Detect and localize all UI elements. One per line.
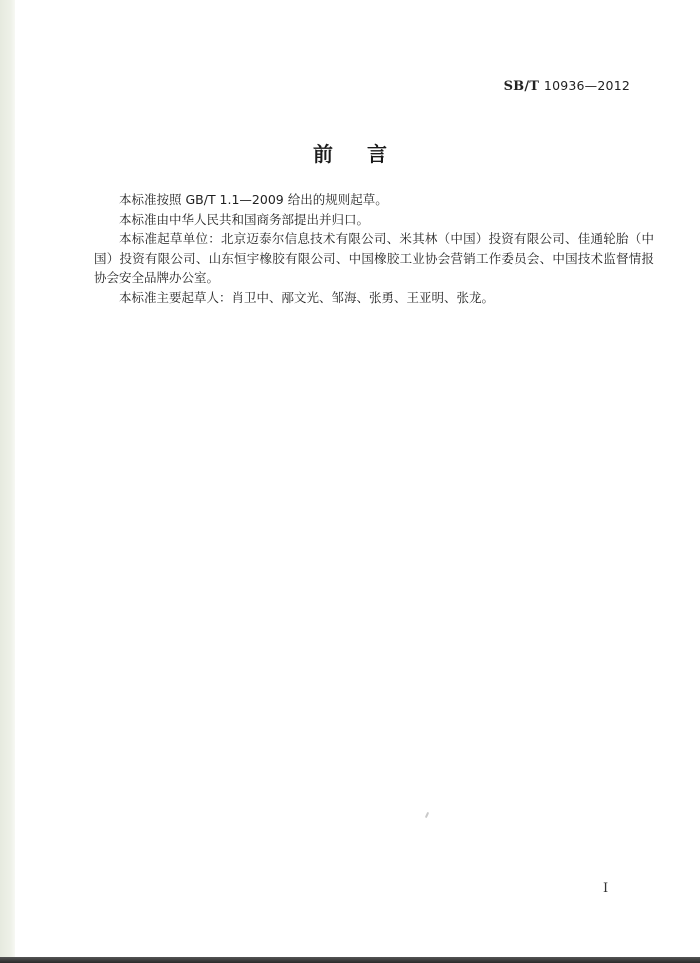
foreword-body: 本标准按照 GB/T 1.1—2009 给出的规则起草。 本标准由中华人民共和国… <box>94 190 654 307</box>
paragraph-drafters: 本标准主要起草人：肖卫中、邴文光、邹海、张勇、王亚明、张龙。 <box>94 288 654 308</box>
section-title: 前言 <box>0 138 700 167</box>
page-number: I <box>603 881 608 896</box>
paragraph-drafting-rules: 本标准按照 GB/T 1.1—2009 给出的规则起草。 <box>94 190 654 210</box>
standard-code: SB/T 10936—2012 <box>504 78 630 94</box>
standard-code-number: 10936—2012 <box>544 78 630 93</box>
standard-code-prefix: SB/T <box>504 79 540 94</box>
paragraph-drafting-units: 本标准起草单位：北京迈泰尔信息技术有限公司、米其林（中国）投资有限公司、佳通轮胎… <box>94 229 654 288</box>
paragraph-proposer: 本标准由中华人民共和国商务部提出并归口。 <box>94 210 654 230</box>
scan-bottom-edge <box>0 957 700 963</box>
